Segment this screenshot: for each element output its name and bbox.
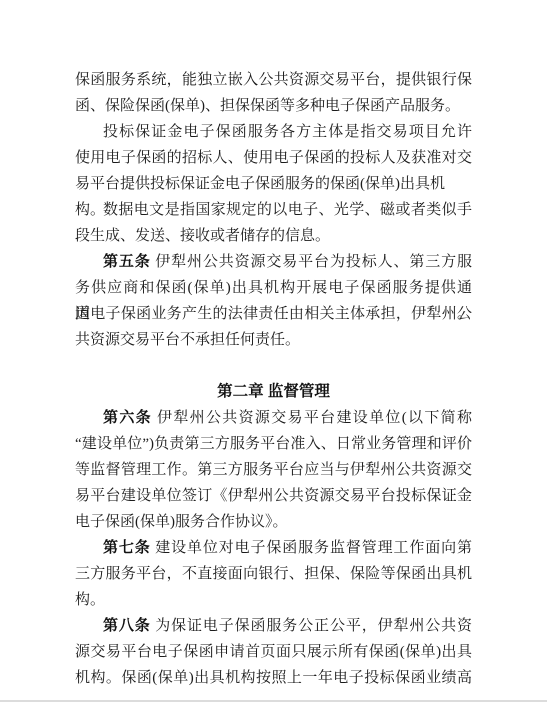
text-segment: 机构。保函(保单)出具机构按照上一年电子投标保函业绩高	[75, 670, 472, 686]
text-line: “建设单位”)负责第三方服务平台准入、日常业务管理和评价	[75, 431, 472, 457]
text-line: 易平台提供投标保证金电子保函服务的保函(保单)出具机构。	[75, 171, 472, 197]
article-number: 第六条	[103, 409, 152, 426]
text-line: 数据电文是指国家规定的以电子、光学、磁或者类似手	[75, 197, 472, 223]
text-segment: 共资源交易平台不承担任何责任。	[75, 332, 300, 348]
text-line: 投标保证金电子保函服务各方主体是指交易项目允许	[75, 119, 472, 145]
text-segment: 源交易平台电子保函申请首页面只展示所有保函(保单)出具	[75, 644, 472, 660]
document-body: 保函服务系统，能独立嵌入公共资源交易平台，提供银行保函、保险保函(保单)、担保保…	[75, 67, 472, 691]
article-number: 第八条	[103, 617, 151, 634]
text-line: 务供应商和保函(保单)出具机构开展电子保函服务提供通道。	[75, 275, 472, 301]
text-line: 易平台建设单位签订《伊犁州公共资源交易平台投标保证金	[75, 483, 472, 509]
text-line: 第八条 为保证电子保函服务公正公平，伊犁州公共资	[75, 613, 472, 639]
text-line: 源交易平台电子保函申请首页面只展示所有保函(保单)出具	[75, 639, 472, 665]
text-segment: 伊犁州公共资源交易平台建设单位(以下简称	[152, 410, 472, 426]
text-line: 第七条 建设单位对电子保函服务监督管理工作面向第	[75, 535, 472, 561]
page-bottom-divider	[0, 700, 547, 702]
text-segment: 使用电子保函的招标人、使用电子保函的投标人及获准对交	[75, 150, 472, 166]
text-segment: 电子保函(保单)服务合作协议》。	[75, 514, 288, 530]
text-line: 因电子保函业务产生的法律责任由相关主体承担，伊犁州公	[75, 301, 472, 327]
text-line: 三方服务平台，不直接面向银行、担保、保险等保函出具机	[75, 561, 472, 587]
text-line: 构。	[75, 587, 472, 613]
text-segment: 三方服务平台，不直接面向银行、担保、保险等保函出具机	[75, 566, 472, 582]
text-line: 第五条 伊犁州公共资源交易平台为投标人、第三方服	[75, 249, 472, 275]
text-segment: 数据电文是指国家规定的以电子、光学、磁或者类似手	[103, 202, 472, 218]
text-line: 机构。保函(保单)出具机构按照上一年电子投标保函业绩高	[75, 665, 472, 691]
text-line: 保函服务系统，能独立嵌入公共资源交易平台，提供银行保	[75, 67, 472, 93]
text-segment: 投标保证金电子保函服务各方主体是指交易项目允许	[103, 124, 472, 140]
document-page: 保函服务系统，能独立嵌入公共资源交易平台，提供银行保函、保险保函(保单)、担保保…	[0, 0, 547, 710]
text-line: 段生成、发送、接收或者储存的信息。	[75, 223, 472, 249]
text-segment: 段生成、发送、接收或者储存的信息。	[75, 228, 330, 244]
text-line: 函、保险保函(保单)、担保保函等多种电子保函产品服务。	[75, 93, 472, 119]
text-segment: 因电子保函业务产生的法律责任由相关主体承担，伊犁州公	[75, 306, 472, 322]
text-line: 第六条 伊犁州公共资源交易平台建设单位(以下简称	[75, 405, 472, 431]
chapter-heading: 第二章 监督管理	[75, 379, 472, 405]
text-segment: 等监督管理工作。第三方服务平台应当与伊犁州公共资源交	[75, 462, 472, 478]
text-line: 共资源交易平台不承担任何责任。	[75, 327, 472, 353]
text-line: 等监督管理工作。第三方服务平台应当与伊犁州公共资源交	[75, 457, 472, 483]
text-segment: 易平台建设单位签订《伊犁州公共资源交易平台投标保证金	[75, 488, 472, 504]
text-line: 电子保函(保单)服务合作协议》。	[75, 509, 472, 535]
article-number: 第五条	[103, 253, 151, 270]
text-segment: 函、保险保函(保单)、担保保函等多种电子保函产品服务。	[75, 98, 460, 114]
text-segment: “建设单位”)负责第三方服务平台准入、日常业务管理和评价	[75, 436, 472, 452]
text-line: 使用电子保函的招标人、使用电子保函的投标人及获准对交	[75, 145, 472, 171]
article-number: 第二章 监督管理	[217, 383, 330, 400]
text-segment: 构。	[75, 592, 105, 608]
text-segment: 伊犁州公共资源交易平台为投标人、第三方服	[151, 254, 472, 270]
blank-line	[75, 353, 472, 379]
text-segment: 保函服务系统，能独立嵌入公共资源交易平台，提供银行保	[75, 72, 472, 88]
text-segment: 为保证电子保函服务公正公平，伊犁州公共资	[151, 618, 472, 634]
text-segment: 建设单位对电子保函服务监督管理工作面向第	[151, 540, 472, 556]
article-number: 第七条	[103, 539, 151, 556]
